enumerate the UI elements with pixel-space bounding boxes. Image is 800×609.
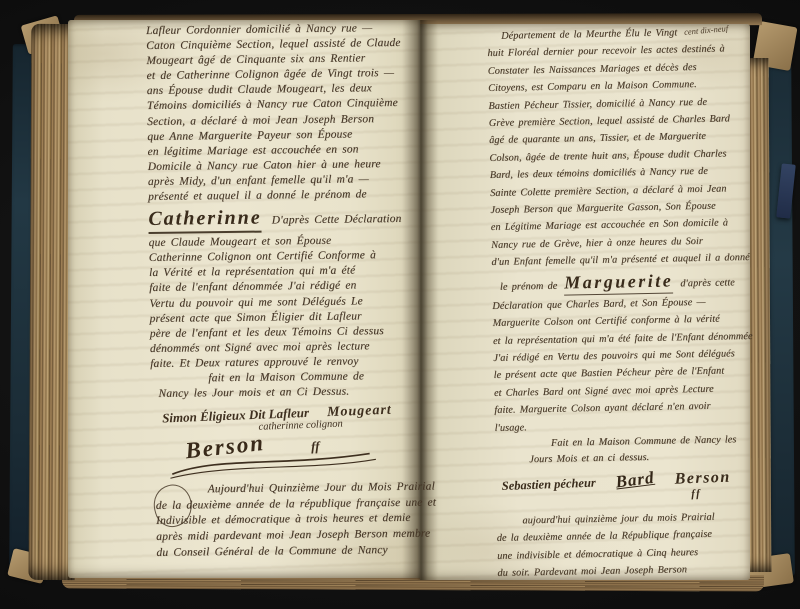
birth-act-body: que Claude Mougeart et son ÉpouseCatheri… xyxy=(149,233,443,372)
manuscript-line: Jours Mois et an ci dessus. xyxy=(529,448,757,468)
next-act-opening: Aujourd'hui Quinzième Jour du Mois Prair… xyxy=(152,480,445,562)
act-closing: fait en la Maison Commune deNancy les Jo… xyxy=(150,368,442,402)
paraph-text: ff xyxy=(311,439,320,454)
birth-act-body: Département de la Meurthe Élu le Vingthu… xyxy=(487,23,754,272)
signature-declarant: Sebastien pécheur xyxy=(501,476,596,494)
child-name-highlight: Catherinne xyxy=(148,207,262,234)
next-act-opening: aujourd'hui quinzième jour du mois Prair… xyxy=(496,508,759,583)
manuscript-text-right: Département de la Meurthe Élu le Vingthu… xyxy=(487,23,760,582)
child-name-highlight: Marguerite xyxy=(564,270,673,295)
act-closing: Fait en la Maison Commune de Nancy lesJo… xyxy=(495,432,758,469)
manuscript-line: Nancy les Jour mois et an Ci Dessus. xyxy=(158,383,442,402)
signature-block: Sebastien pécheur Bard Berson ff xyxy=(501,466,758,507)
registered-name-line: Catherinne D'après Cette Déclaration xyxy=(148,205,440,235)
manuscript-line: le prénom de xyxy=(500,277,558,296)
signature-witness: Bard xyxy=(615,468,656,493)
manuscript-text-left: Lafleur Cordonnier domicilié à Nancy rue… xyxy=(146,20,445,561)
birth-act-body: Déclaration que Charles Bard, et Son Épo… xyxy=(492,293,757,437)
signature-officer: Berson ff xyxy=(674,469,731,501)
paraph-text: ff xyxy=(691,487,732,500)
signature-block: Simon Éligieux Dit Lafleur Mougeart cath… xyxy=(162,400,444,481)
manuscript-line: D'après Cette Déclaration xyxy=(272,212,402,229)
registered-name-line: le prénom de Marguerite d'après cette xyxy=(500,269,754,297)
signature-officer-name: Berson xyxy=(674,469,731,488)
manuscript-line: d'un Enfant femelle qu'il m'a présenté e… xyxy=(491,249,753,271)
manuscript-line: d'après cette xyxy=(680,274,735,292)
birth-act-body: Lafleur Cordonnier domicilié à Nancy rue… xyxy=(146,20,440,205)
photo-background: Lafleur Cordonnier domicilié à Nancy rue… xyxy=(0,0,800,609)
manuscript-line: présenté et auquel il a donné le prénom … xyxy=(148,186,440,205)
